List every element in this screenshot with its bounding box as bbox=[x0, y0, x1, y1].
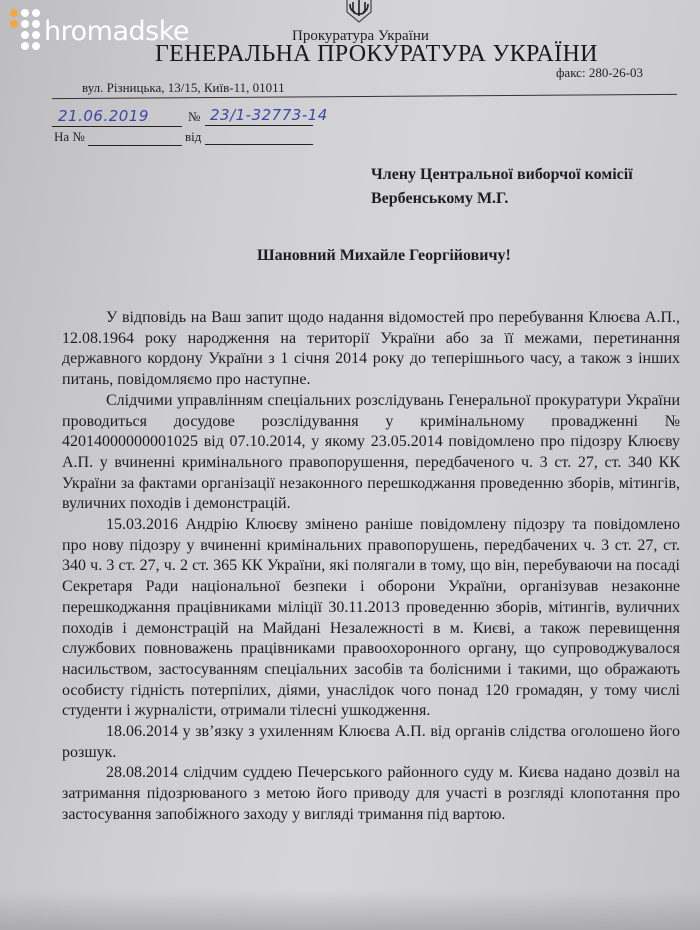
body-paragraph: 15.03.2016 Андрію Клюєву змінено раніше … bbox=[62, 515, 680, 722]
from-underline bbox=[205, 144, 313, 145]
letter-body: У відповідь на Ваш запит щодо надання ві… bbox=[62, 308, 680, 826]
number-underline bbox=[205, 125, 313, 126]
body-paragraph: 18.06.2014 у зв’язку з ухиленням Клюєва … bbox=[62, 722, 680, 763]
body-paragraph: У відповідь на Ваш запит щодо надання ві… bbox=[62, 308, 680, 391]
page-shadow bbox=[0, 890, 700, 930]
salutation: Шановний Михайле Георгійовичу! bbox=[257, 247, 511, 265]
body-paragraph: 28.08.2014 слідчим суддею Печерського ра… bbox=[62, 763, 680, 825]
recipient-name: Вербенському М.Г. bbox=[371, 187, 633, 211]
recipient-block: Члену Центральної виборчої комісії Вербе… bbox=[371, 163, 633, 211]
hromadske-dots-icon bbox=[10, 9, 41, 51]
number-label: № bbox=[188, 109, 200, 125]
reply-to-label: На № bbox=[54, 129, 85, 145]
from-label: від bbox=[185, 129, 201, 145]
recipient-position: Члену Центральної виборчої комісії bbox=[371, 163, 633, 187]
org-name-title: ГЕНЕРАЛЬНА ПРОКУРАТУРА УКРАЇНИ bbox=[155, 41, 598, 68]
trident-emblem-icon bbox=[345, 0, 373, 24]
reply-to-underline bbox=[88, 145, 182, 146]
date-underline bbox=[52, 126, 182, 127]
outgoing-number: 23/1-32773-14 bbox=[210, 106, 328, 124]
body-paragraph: Слідчими управлінням спеціальних розслід… bbox=[62, 391, 680, 515]
org-address: вул. Різницька, 13/15, Київ-11, 01011 bbox=[82, 80, 285, 96]
outgoing-date: 21.06.2019 bbox=[58, 107, 149, 125]
org-fax: факс: 280-26-03 bbox=[556, 65, 643, 81]
